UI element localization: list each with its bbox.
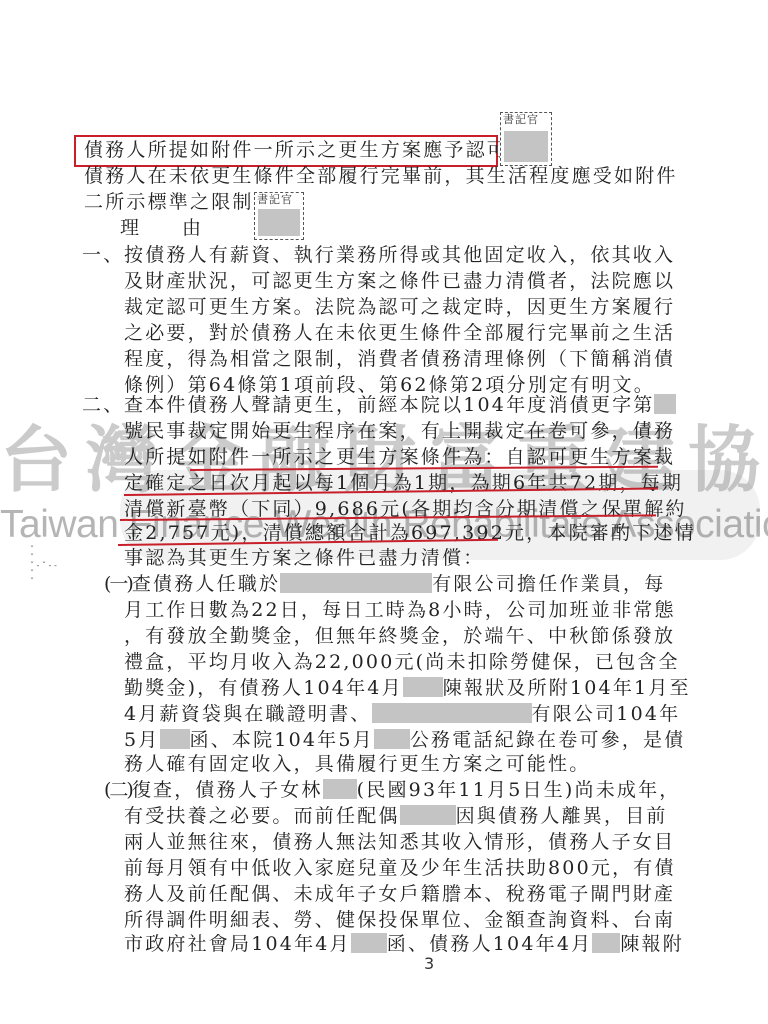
redacted-date: [374, 729, 410, 749]
sub-1-text: 公務電話紀錄在卷可參，是債: [410, 729, 686, 751]
margin-marks: ˇˇˇ - ˇ - -ˇˇ: [30, 546, 57, 586]
sub-1-line: 禮盒，平均月收入為22,000元(尚未扣除勞健保，已包含全: [124, 650, 680, 674]
sub-1-text: 有限公司擔任作業員，每: [432, 573, 665, 595]
sub-1-text: 勤獎金)，有債務人104年4月: [124, 677, 403, 699]
redacted-date: [403, 677, 443, 697]
section-2-line: 事認為其更生方案之條件已盡力清償：: [124, 546, 484, 570]
sub-1-line: 務人確有固定收入，具備履行更生方案之可能性。: [124, 752, 590, 776]
redacted-company: [280, 573, 432, 593]
sub-2-text: 有受扶養之必要。而前任配偶: [124, 805, 400, 827]
sub-1-line-5: 勤獎金)，有債務人104年4月陳報狀及所附104年1月至: [124, 676, 691, 700]
sub-1-marker: (一): [104, 573, 132, 595]
ruling-line-1: 債務人所提如附件一所示之更生方案應予認可: [84, 138, 508, 162]
section-1-line: 之必要，對於債務人在未依更生條件全部履行完畢前之生活: [124, 321, 675, 345]
sub-1-line-6: 4月薪資袋與在職證明書、有限公司104年: [124, 702, 680, 726]
sub-1-line: 月工作日數為22日，每日工時為8小時，公司加班並非常態: [124, 598, 676, 622]
sub-1-text: 函、本院104年5月: [190, 729, 374, 751]
reasons-heading: 理 由: [120, 216, 213, 240]
sub-1-text: 4月薪資袋與在職證明書、: [124, 703, 372, 725]
document-page: 台灣金融財富重建協會 Taiwan Finance Wealth Rehabil…: [0, 0, 768, 1024]
section-2-line-1: 查本件債務人聲請更生，前經本院以104年度消債更字第: [124, 393, 676, 417]
ruling-line-3: 二所示標準之限制: [84, 190, 254, 214]
sub-2-text: 陳報附: [620, 933, 684, 955]
sub-2-line-2: 有受扶養之必要。而前任配偶因與債務人離異，目前: [124, 804, 668, 828]
sub-1-line: ，有發放全勤獎金，但無年終獎金，於端午、中秋節係發放: [124, 624, 675, 648]
redacted-date: [160, 729, 190, 749]
sub-2-line: 兩人並無往來，債務人無法知悉其收入情形，債務人子女目: [124, 830, 675, 854]
sub-2-text: (民國93年11月5日生)尚未成年，: [357, 779, 681, 801]
redacted-name: [323, 779, 357, 799]
section-2-line-1-text: 查本件債務人聲請更生，前經本院以104年度消債更字第: [124, 394, 654, 416]
sub-1-text: 陳報狀及所附104年1月至: [443, 677, 691, 699]
sub-1-line-7: 5月函、本院104年5月公務電話紀錄在卷可參，是債: [124, 728, 685, 752]
redacted-case-number: [654, 394, 676, 414]
stamp-label: 書記官: [257, 193, 293, 207]
redacted-date: [351, 933, 387, 953]
sub-2-line-1: (二)復查，債務人子女林(民國93年11月5日生)尚未成年，: [104, 778, 681, 802]
section-1-marker: 一、: [82, 243, 124, 267]
section-2-marker: 二、: [82, 393, 124, 417]
sub-1-text: 有限公司104年: [532, 703, 681, 725]
sub-2-marker: (二): [104, 779, 132, 801]
clerk-stamp-1: 書記官: [500, 112, 552, 166]
section-2-line: 號民事裁定開始更生程序在案，有上開裁定在卷可參，債務: [124, 419, 675, 443]
section-1-line: 程度，得為相當之限制，消費者債務清理條例（下簡稱消債: [124, 347, 675, 371]
sub-2-text: 復查，債務人子女林: [132, 779, 323, 801]
sub-2-text: 因與債務人離異，目前: [456, 805, 668, 827]
sub-2-line: 務人及前任配偶、未成年子女戶籍謄本、稅務電子閘門財產: [124, 882, 675, 906]
section-1-line: 及財產狀況，可認更生方案之條件已盡力清償者，法院應以: [124, 269, 675, 293]
clerk-stamp-2: 書記官: [254, 192, 304, 240]
sub-2-text: 函、債務人104年4月: [387, 933, 593, 955]
redacted-name: [400, 805, 456, 825]
sub-1-line-1: (一)查債務人任職於有限公司擔任作業員，每: [104, 572, 665, 596]
page-number: 3: [424, 954, 434, 973]
sub-1-text: 查債務人任職於: [132, 573, 280, 595]
stamp-label: 書記官: [503, 113, 539, 127]
sub-1-text: 5月: [124, 729, 160, 751]
ruling-line-2: 債務人在未依更生條件全部履行完畢前，其生活程度應受如附件: [84, 164, 678, 188]
redacted-company: [372, 703, 532, 723]
sub-2-line: 前每月領有中低收入家庭兒童及少年生活扶助800元，有債: [124, 856, 676, 880]
redacted-date: [592, 933, 620, 953]
section-1-line: 按債務人有薪資、執行業務所得或其他固定收入，依其收入: [124, 243, 675, 267]
sub-2-line: 所得調件明細表、勞、健保投保單位、金額查詢資料、台南: [124, 908, 675, 932]
section-1-line: 裁定認可更生方案。法院為認可之裁定時，因更生方案履行: [124, 295, 675, 319]
sub-2-line-7: 市政府社會局104年4月函、債務人104年4月陳報附: [124, 932, 684, 956]
redacted-signature: [258, 209, 300, 236]
sub-2-text: 市政府社會局104年4月: [124, 933, 351, 955]
redacted-signature: [504, 131, 548, 162]
